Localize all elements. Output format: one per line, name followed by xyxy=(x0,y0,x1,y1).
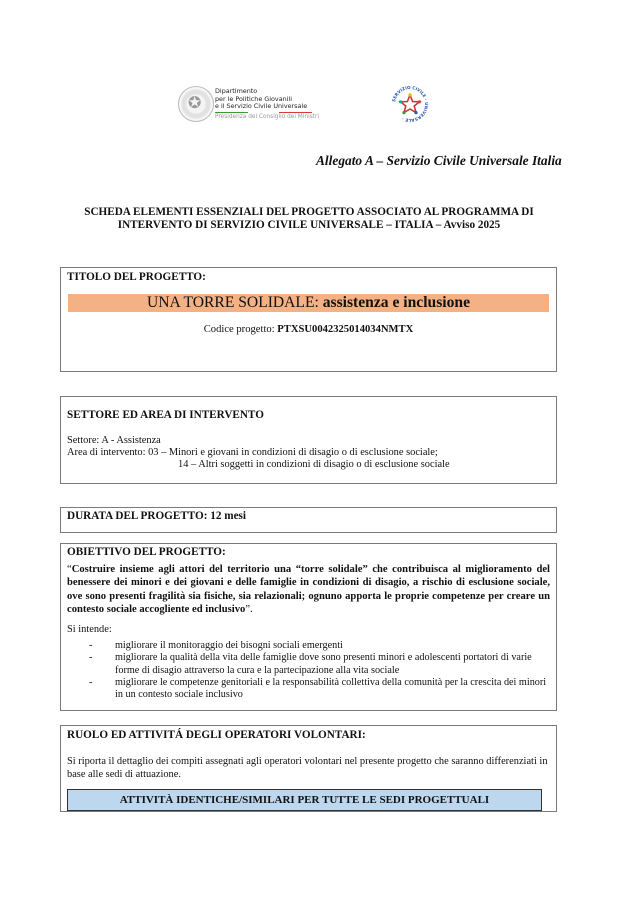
heading-line-1: SCHEDA ELEMENTI ESSENZIALI DEL PROGETTO … xyxy=(60,206,558,219)
obiettivo-quote-text: Costruire insieme agli attori del territ… xyxy=(67,564,550,615)
settore-details: Settore: A - Assistenza Area di interven… xyxy=(67,435,450,471)
durata-label: DURATA DEL PROGETTO: 12 mesi xyxy=(67,510,246,522)
titolo-section: TITOLO DEL PROGETTO: UNA TORRE SOLIDALE:… xyxy=(60,267,557,372)
titolo-label: TITOLO DEL PROGETTO: xyxy=(67,271,206,283)
project-title-rest: assistenza e inclusione xyxy=(319,294,470,311)
obiettivo-quote: “Costruire insieme agli attori del terri… xyxy=(67,563,550,617)
obiettivo-intro: Si intende: xyxy=(67,624,112,635)
ruolo-section: RUOLO ED ATTIVITÁ DEGLI OPERATORI VOLONT… xyxy=(60,725,557,812)
obiettivo-label: OBIETTIVO DEL PROGETTO: xyxy=(67,546,226,558)
obiettivo-section: OBIETTIVO DEL PROGETTO: “Costruire insie… xyxy=(60,543,557,711)
list-item: migliorare la qualità della vita delle f… xyxy=(89,652,550,677)
department-logo-text: Dipartimento per le Politiche Giovanili … xyxy=(215,88,319,122)
ruolo-label: RUOLO ED ATTIVITÁ DEGLI OPERATORI VOLONT… xyxy=(67,729,366,741)
presidency-text: Presidenza del Consiglio dei Ministri xyxy=(215,114,319,122)
document-heading: SCHEDA ELEMENTI ESSENZIALI DEL PROGETTO … xyxy=(60,206,558,232)
project-title-upper: UNA TORRE SOLIDALE: xyxy=(147,294,319,311)
settore-line: Settore: A - Assistenza xyxy=(67,435,450,447)
project-code-label: Codice progetto: xyxy=(204,324,278,335)
settore-label: SETTORE ED AREA DI INTERVENTO xyxy=(67,409,264,421)
list-item: migliorare il monitoraggio dei bisogni s… xyxy=(89,640,550,652)
settore-section: SETTORE ED AREA DI INTERVENTO Settore: A… xyxy=(60,396,557,484)
project-code: Codice progetto: PTXSU0042325014034NMTX xyxy=(61,324,556,335)
tricolor-bar xyxy=(215,112,312,114)
activities-band: ATTIVITÀ IDENTICHE/SIMILARI PER TUTTE LE… xyxy=(67,789,542,811)
department-line: e il Servizio Civile Universale xyxy=(215,103,319,111)
list-item: migliorare le competenze genitoriali e l… xyxy=(89,677,550,702)
close-quote: ”. xyxy=(245,604,252,615)
project-code-value: PTXSU0042325014034NMTX xyxy=(277,324,413,335)
ruolo-text: Si riporta il dettaglio dei compiti asse… xyxy=(67,756,550,781)
obiettivo-bullets: migliorare il monitoraggio dei bisogni s… xyxy=(89,640,550,701)
svg-text:SERVIZIO CIVILE · UNIVERSALE ·: SERVIZIO CIVILE · UNIVERSALE · xyxy=(391,85,429,123)
area-line-2: 14 – Altri soggetti in condizioni di dis… xyxy=(67,459,450,471)
italian-republic-emblem-icon: ✪ xyxy=(178,86,214,122)
project-title: UNA TORRE SOLIDALE: assistenza e inclusi… xyxy=(68,294,549,312)
heading-line-2: INTERVENTO DI SERVIZIO CIVILE UNIVERSALE… xyxy=(60,219,558,232)
star-icon: ✪ xyxy=(188,93,201,112)
allegato-title: Allegato A – Servizio Civile Universale … xyxy=(316,153,562,169)
area-line-1: Area di intervento: 03 – Minori e giovan… xyxy=(67,447,450,459)
durata-section: DURATA DEL PROGETTO: 12 mesi xyxy=(60,507,557,533)
servizio-civile-universale-logo-icon: SERVIZIO CIVILE · UNIVERSALE · xyxy=(390,84,430,124)
